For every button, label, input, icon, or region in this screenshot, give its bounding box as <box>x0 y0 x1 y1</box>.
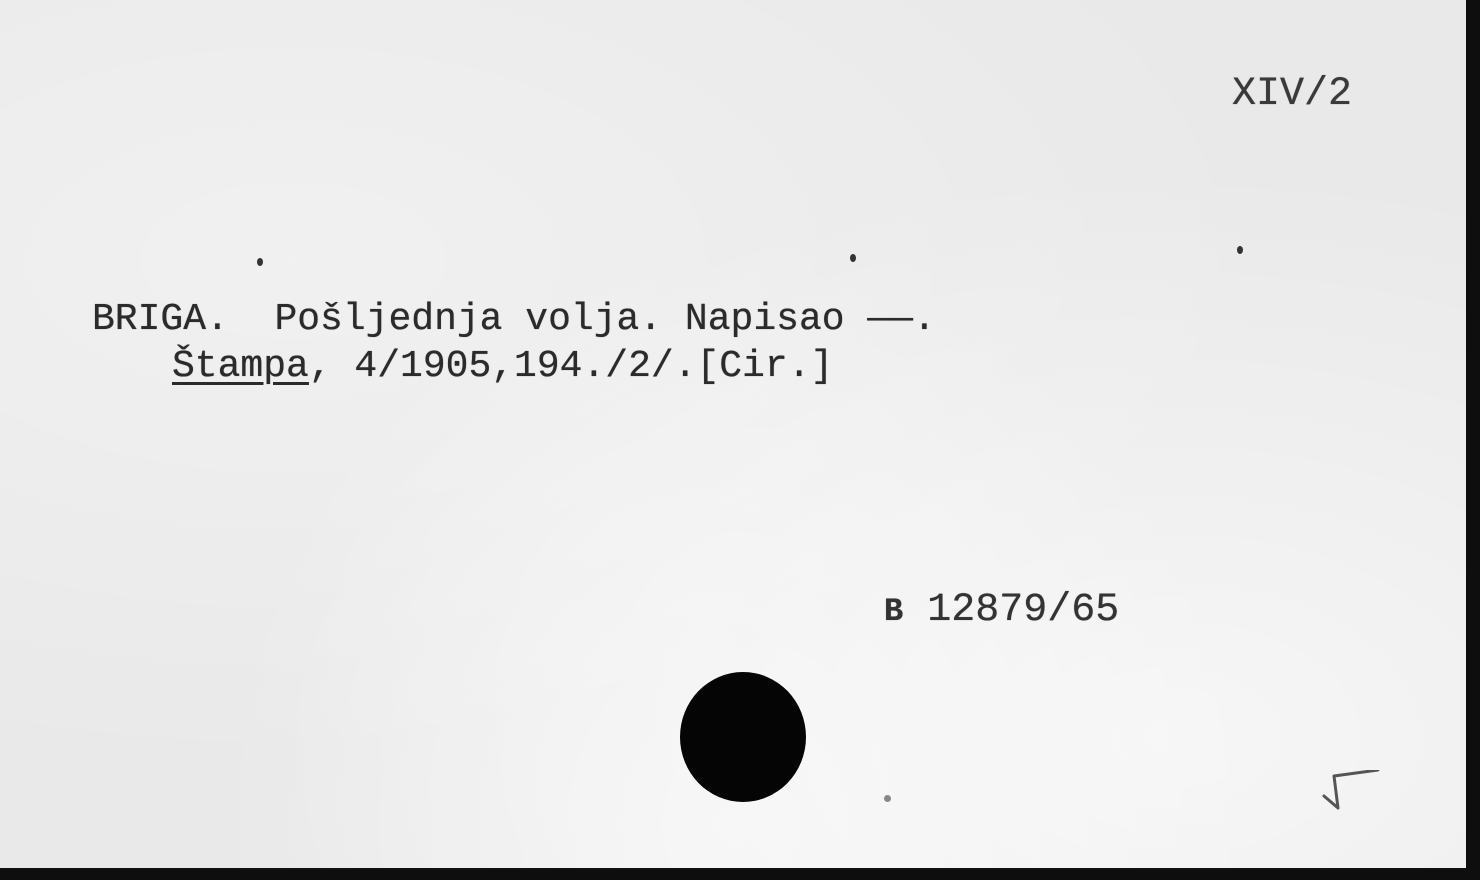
ink-speck <box>884 795 891 802</box>
card-edge-bottom <box>0 870 1480 880</box>
source-title: Štampa <box>172 345 309 388</box>
guide-dot <box>257 258 263 266</box>
accession-value: 12879/65 <box>927 588 1119 633</box>
card-edge-right <box>1466 0 1480 880</box>
entry-statement: Napisao ——. <box>685 298 936 341</box>
accession-number: B 12879/65 <box>884 588 1119 633</box>
pages-note: /2/ <box>605 345 673 388</box>
script-note: .[Cir.] <box>674 345 834 388</box>
catalog-card: XIV/2 BRIGA. Pošljednja volja. Napisao —… <box>0 0 1468 868</box>
source-citation: , 4/1905,194. <box>309 345 605 388</box>
entry-line-2: Štampa, 4/1905,194./2/.[Cir.] <box>172 345 833 388</box>
class-mark: XIV/2 <box>1232 72 1352 117</box>
entry-line-1: BRIGA. Pošljednja volja. Napisao ——. <box>92 298 936 341</box>
guide-dot <box>850 254 856 262</box>
check-mark-icon <box>1320 770 1390 820</box>
punch-hole <box>680 672 806 802</box>
accession-prefix: B <box>884 593 903 630</box>
entry-title: Pošljednja volja. <box>274 298 662 341</box>
entry-heading: BRIGA. <box>92 298 229 341</box>
guide-dot <box>1237 246 1243 254</box>
